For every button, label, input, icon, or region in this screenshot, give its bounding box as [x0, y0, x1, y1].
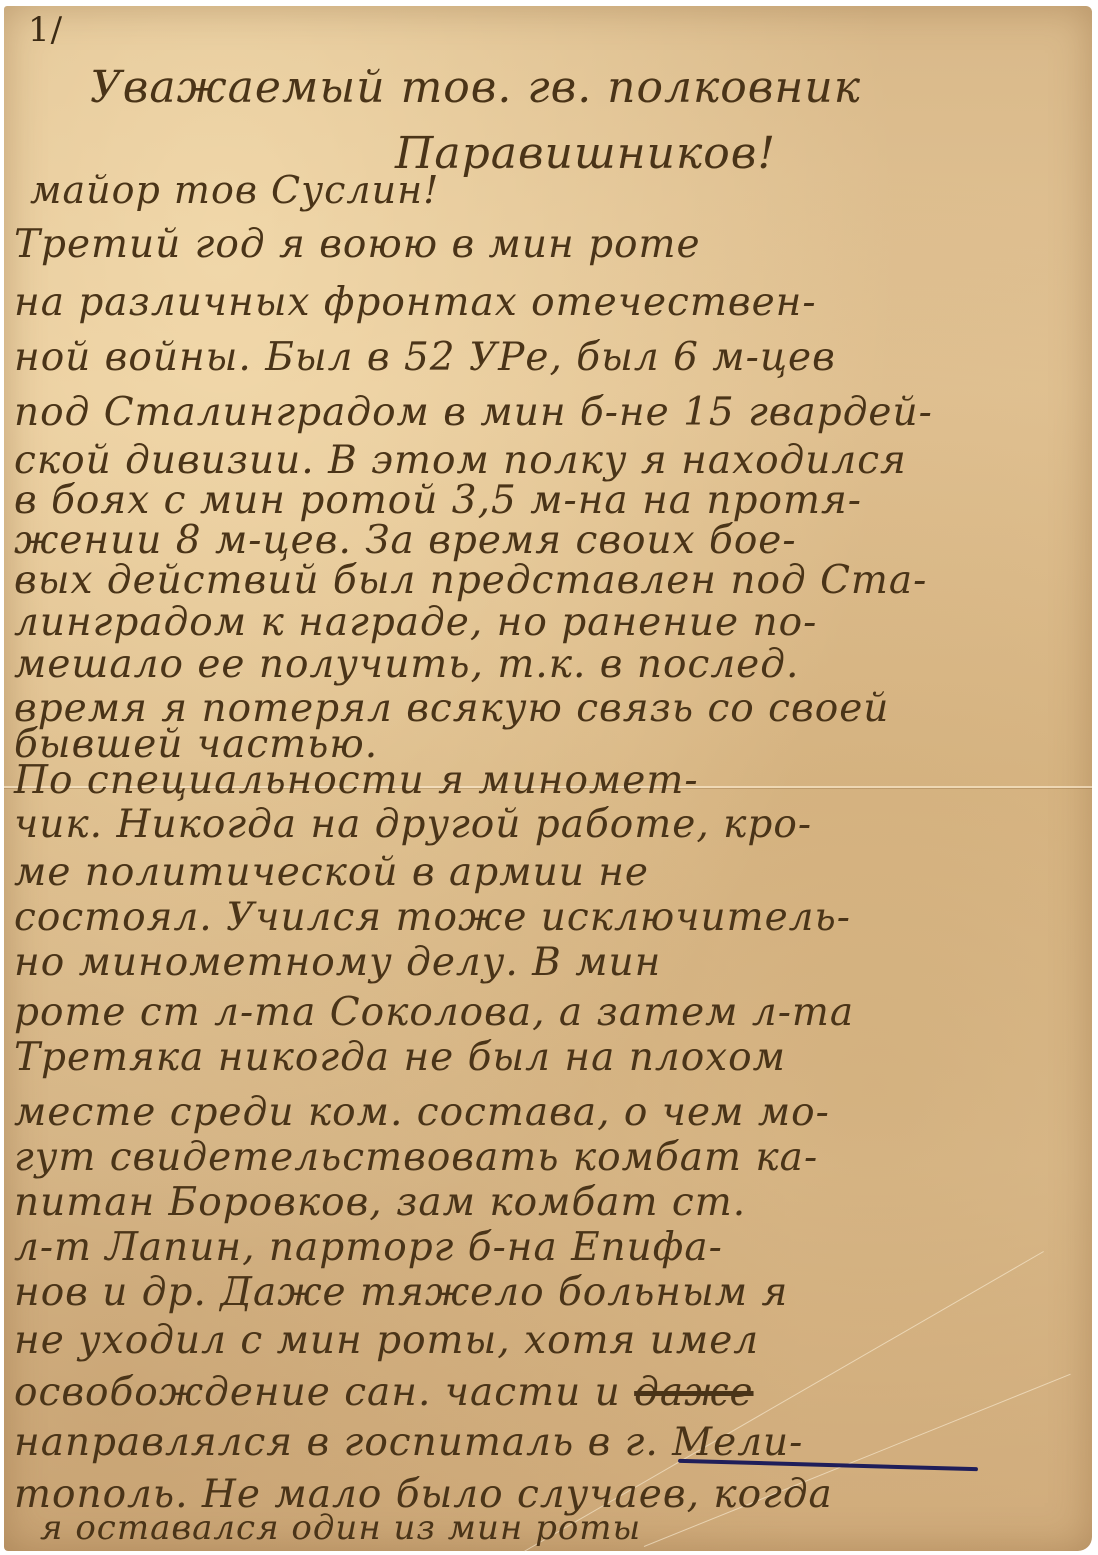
letter-line: По специальности я миномет- — [14, 758, 699, 803]
letter-line: я оставался один из мин роты — [40, 1508, 641, 1548]
letter-line: ской дивизии. В этом полку я находился — [14, 438, 907, 483]
letter-line: жении 8 м-цев. За время своих бое- — [14, 518, 797, 563]
letter-line: ме политической в армии не — [14, 850, 649, 895]
letter-line: чик. Никогда на другой работе, кро- — [14, 802, 812, 847]
letter-line: освобождение сан. части и даже — [14, 1370, 754, 1415]
struck-through-word: даже — [634, 1370, 753, 1415]
letter-line: гут свидетельствовать комбат ка- — [14, 1135, 818, 1180]
page-number: 1/ — [28, 10, 63, 50]
letter-line: вых действий был представлен под Ста- — [14, 558, 927, 603]
letter-line: месте среди ком. состава, о чем мо- — [14, 1090, 830, 1135]
letter-line: роте ст л-та Соколова, а затем л-та — [14, 990, 854, 1035]
letter-line: л-т Лапин, парторг б-на Епифа- — [14, 1225, 723, 1270]
letter-line: не уходил с мин роты, хотя имел — [14, 1318, 759, 1363]
letter-line-text: освобождение сан. части и — [14, 1370, 634, 1415]
salutation-line-1: Уважаемый тов. гв. полковник — [90, 62, 861, 113]
letter-line: мешало ее получить, т.к. в послед. — [14, 642, 799, 687]
letter-line: нов и др. Даже тяжело больным я — [14, 1270, 788, 1315]
letter-line: линградом к награде, но ранение по- — [14, 600, 817, 645]
letter-line: но минометному делу. В мин — [14, 940, 661, 985]
salutation-line-2: Паравишников! — [395, 128, 776, 179]
letter-line: ной войны. Был в 52 УРе, был 6 м-цев — [14, 335, 836, 380]
letter-line: питан Боровков, зам комбат ст. — [14, 1180, 746, 1225]
letter-line: в боях с мин ротой 3,5 м-на на протя- — [14, 478, 862, 523]
letter-line: Третий год я воюю в мин роте — [14, 222, 701, 267]
letter-line: на различных фронтах отечествен- — [14, 280, 817, 325]
salutation-line-3: майор тов Суслин! — [30, 168, 439, 212]
letter-line: под Сталинградом в мин б-не 15 гвардей- — [14, 390, 933, 435]
letter-line: состоял. Учился тоже исключитель- — [14, 895, 851, 940]
letter-line: Третяка никогда не был на плохом — [14, 1035, 786, 1080]
